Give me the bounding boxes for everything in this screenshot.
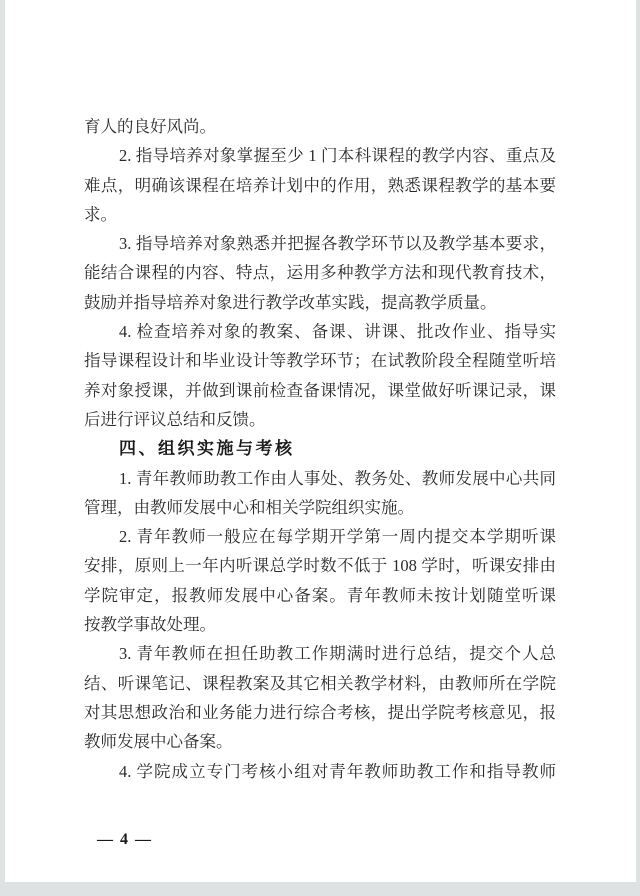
- text-block: 育人的良好风尚。2. 指导培养对象掌握至少 1 门本科课程的教学内容、重点及难点…: [84, 112, 556, 786]
- text-line: 指导课程设计和毕业设计等教学环节；在试教阶段全程随堂听培: [84, 346, 556, 375]
- text-line: 4. 检查培养对象的教案、备课、讲课、批改作业、指导实习、: [84, 317, 556, 346]
- document-page: 育人的良好风尚。2. 指导培养对象掌握至少 1 门本科课程的教学内容、重点及难点…: [5, 0, 636, 882]
- text-line: 管理，由教师发展中心和相关学院组织实施。: [84, 493, 556, 522]
- text-line: 求。: [84, 200, 556, 229]
- text-line: 结、听课笔记、课程教案及其它相关教学材料，由教师所在学院: [84, 669, 556, 698]
- text-line: 后进行评议总结和反馈。: [84, 405, 556, 434]
- text-line: 2. 指导培养对象掌握至少 1 门本科课程的教学内容、重点及: [84, 141, 556, 170]
- text-line: 对其思想政治和业务能力进行综合考核，提出学院考核意见，报: [84, 698, 556, 727]
- scan-background: 育人的良好风尚。2. 指导培养对象掌握至少 1 门本科课程的教学内容、重点及难点…: [0, 0, 640, 896]
- section-heading: 四、组织实施与考核: [84, 434, 556, 463]
- text-line: 2. 青年教师一般应在每学期开学第一周内提交本学期听课: [84, 522, 556, 551]
- text-line: 鼓励并指导培养对象进行教学改革实践，提高教学质量。: [84, 288, 556, 317]
- text-line: 难点，明确该课程在培养计划中的作用，熟悉课程教学的基本要: [84, 171, 556, 200]
- text-line: 按教学事故处理。: [84, 610, 556, 639]
- text-line: 学院审定，报教师发展中心备案。青年教师未按计划随堂听课者，: [84, 581, 556, 610]
- text-line: 养对象授课，并做到课前检查备课情况，课堂做好听课记录，课: [84, 376, 556, 405]
- text-line: 教师发展中心备案。: [84, 727, 556, 756]
- text-line: 安排，原则上一年内听课总学时数不低于 108 学时，听课安排由: [84, 551, 556, 580]
- text-line: 育人的良好风尚。: [84, 112, 556, 141]
- page-number: — 4 —: [97, 831, 153, 849]
- text-line: 能结合课程的内容、特点，运用多种教学方法和现代教育技术，: [84, 258, 556, 287]
- text-line: 3. 青年教师在担任助教工作期满时进行总结，提交个人总: [84, 639, 556, 668]
- text-line: 3. 指导培养对象熟悉并把握各教学环节以及教学基本要求，: [84, 229, 556, 258]
- text-line: 4. 学院成立专门考核小组对青年教师助教工作和指导教师: [84, 757, 556, 786]
- text-line: 1. 青年教师助教工作由人事处、教务处、教师发展中心共同: [84, 464, 556, 493]
